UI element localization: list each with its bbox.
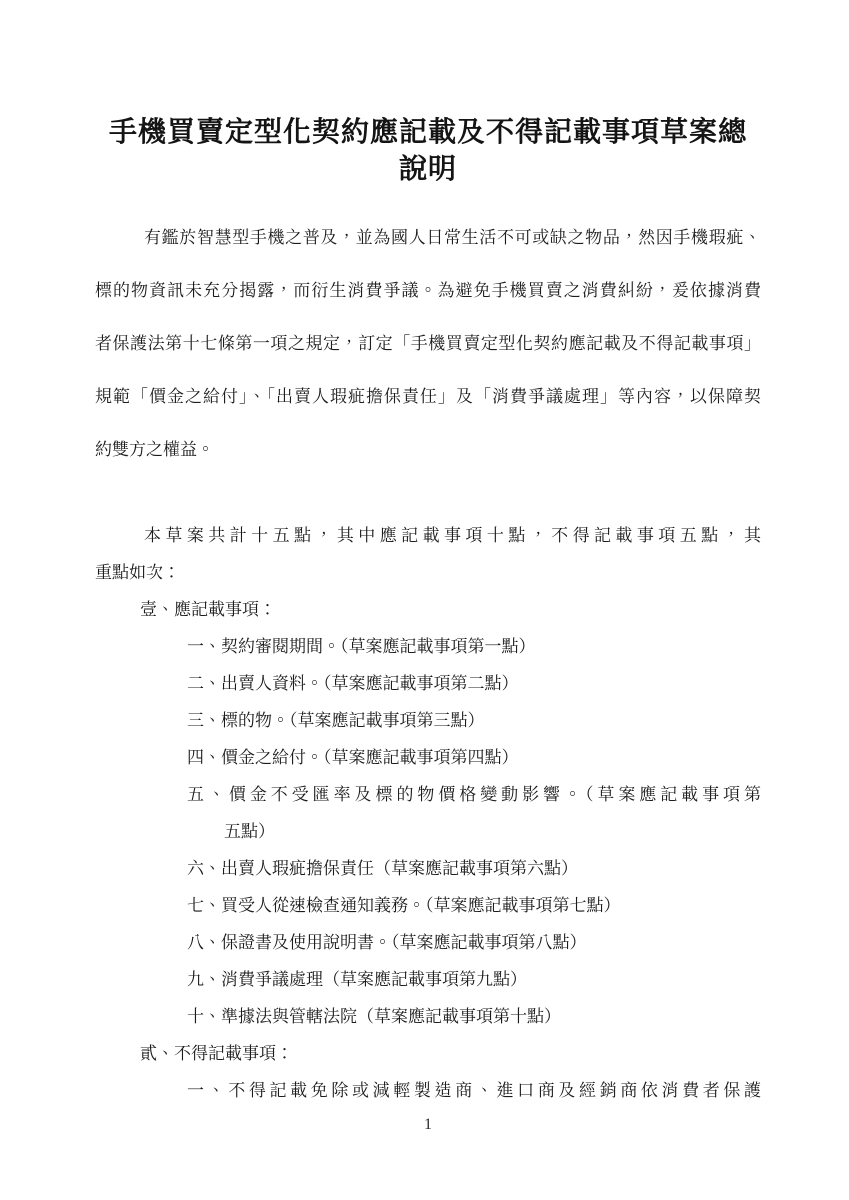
document-page: 手機買賣定型化契約應記載及不得記載事項草案總說明 有鑑於智慧型手機之普及，並為國… bbox=[0, 0, 849, 1200]
summary-paragraph: 本草案共計十五點，其中應記載事項十點，不得記載事項五點，其重點如次： bbox=[95, 517, 761, 591]
document-content: 手機買賣定型化契約應記載及不得記載事項草案總說明 有鑑於智慧型手機之普及，並為國… bbox=[95, 0, 761, 1135]
list-item: 九、消費爭議處理（草案應記載事項第九點） bbox=[187, 961, 761, 998]
document-title: 手機買賣定型化契約應記載及不得記載事項草案總說明 bbox=[95, 0, 761, 188]
text-line: 五、價金不受匯率及標的物價格變動影響。（草案應記載事項第 bbox=[224, 776, 761, 813]
list-item: 二、出賣人資料。（草案應記載事項第二點） bbox=[187, 665, 761, 702]
text-line: 六、出賣人瑕疵擔保責任（草案應記載事項第六點） bbox=[224, 850, 761, 887]
text-line: 本草案共計十五點，其中應記載事項十點，不得記載事項五點，其 bbox=[95, 517, 761, 554]
text-line: 規範「價金之給付」、「出賣人瑕疵擔保責任」及「消費爭議處理」等內容，以保障契 bbox=[95, 370, 761, 423]
section-1-items: 一、契約審閱期間。（草案應記載事項第一點）二、出賣人資料。（草案應記載事項第二點… bbox=[95, 628, 761, 1035]
section-1-heading: 壹、應記載事項： bbox=[140, 591, 761, 628]
list-item: 六、出賣人瑕疵擔保責任（草案應記載事項第六點） bbox=[187, 850, 761, 887]
text-line: 者保護法第十七條第一項之規定，訂定「手機買賣定型化契約應記載及不得記載事項」 bbox=[95, 317, 761, 370]
list-item: 七、買受人從速檢查通知義務。（草案應記載事項第七點） bbox=[187, 887, 761, 924]
text-line: 三、標的物。（草案應記載事項第三點） bbox=[224, 702, 761, 739]
text-line: 約雙方之權益。 bbox=[95, 423, 761, 476]
text-line: 九、消費爭議處理（草案應記載事項第九點） bbox=[224, 961, 761, 998]
text-line: 五點） bbox=[224, 813, 761, 850]
list-item: 一、契約審閱期間。（草案應記載事項第一點） bbox=[187, 628, 761, 665]
section-2-heading: 貳、不得記載事項： bbox=[140, 1035, 761, 1072]
text-line: 八、保證書及使用說明書。（草案應記載事項第八點） bbox=[224, 924, 761, 961]
list-item: 三、標的物。（草案應記載事項第三點） bbox=[187, 702, 761, 739]
text-line: 四、價金之給付。（草案應記載事項第四點） bbox=[224, 739, 761, 776]
text-line: 十、準據法與管轄法院（草案應記載事項第十點） bbox=[224, 998, 761, 1035]
page-number: 1 bbox=[95, 1115, 761, 1135]
text-line: 二、出賣人資料。（草案應記載事項第二點） bbox=[224, 665, 761, 702]
text-line: 一、契約審閱期間。（草案應記載事項第一點） bbox=[224, 628, 761, 665]
list-item: 五、價金不受匯率及標的物價格變動影響。（草案應記載事項第五點） bbox=[187, 776, 761, 850]
text-line: 重點如次： bbox=[95, 554, 761, 591]
intro-paragraph: 有鑑於智慧型手機之普及，並為國人日常生活不可或缺之物品，然因手機瑕疵、標的物資訊… bbox=[95, 211, 761, 476]
body-block: 本草案共計十五點，其中應記載事項十點，不得記載事項五點，其重點如次： 壹、應記載… bbox=[95, 517, 761, 1109]
text-line: 一、不得記載免除或減輕製造商、進口商及經銷商依消費者保護 bbox=[224, 1072, 761, 1109]
list-item: 一、不得記載免除或減輕製造商、進口商及經銷商依消費者保護 bbox=[187, 1072, 761, 1109]
text-line: 七、買受人從速檢查通知義務。（草案應記載事項第七點） bbox=[224, 887, 761, 924]
list-item: 八、保證書及使用說明書。（草案應記載事項第八點） bbox=[187, 924, 761, 961]
list-item: 十、準據法與管轄法院（草案應記載事項第十點） bbox=[187, 998, 761, 1035]
list-item: 四、價金之給付。（草案應記載事項第四點） bbox=[187, 739, 761, 776]
section-2-items: 一、不得記載免除或減輕製造商、進口商及經銷商依消費者保護 bbox=[95, 1072, 761, 1109]
text-line: 標的物資訊未充分揭露，而衍生消費爭議。為避免手機買賣之消費糾紛，爰依據消費 bbox=[95, 264, 761, 317]
text-line: 有鑑於智慧型手機之普及，並為國人日常生活不可或缺之物品，然因手機瑕疵、 bbox=[95, 211, 761, 264]
